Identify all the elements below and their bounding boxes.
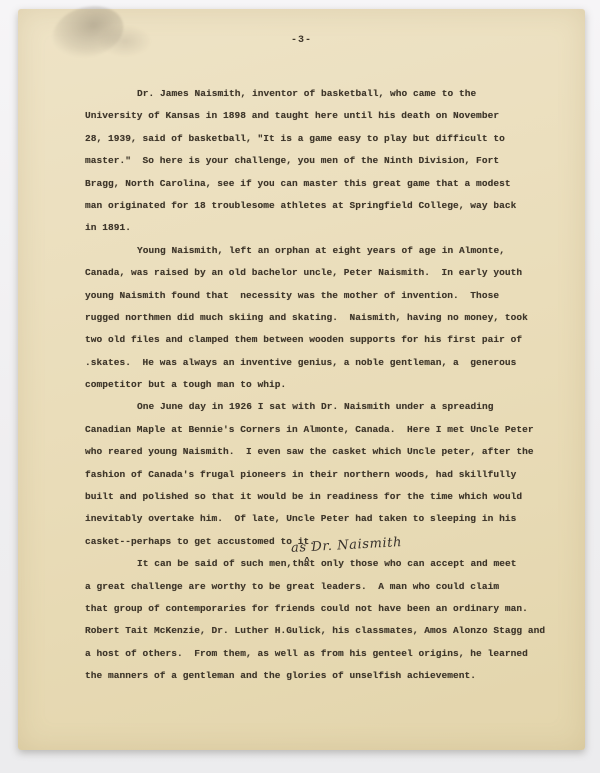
typed-line: the manners of a gentleman and the glori… [85, 665, 557, 687]
typed-line: inevitably overtake him. Of late, Uncle … [85, 508, 557, 530]
typed-line: man originated for 18 troublesome athlet… [85, 195, 557, 217]
typed-line: Bragg, North Carolina, see if you can ma… [85, 173, 557, 195]
document-page: -3- Dr. James Naismith, inventor of bask… [18, 9, 585, 750]
typed-line: built and polished so that it would be i… [85, 486, 557, 508]
typed-line: master." So here is your challenge, you … [85, 150, 557, 172]
typed-line: competitor but a tough man to whip. [85, 374, 557, 396]
insertion-caret-icon: ^ [304, 557, 310, 568]
typed-line: two old files and clamped them between w… [85, 329, 557, 351]
typed-line: Canadian Maple at Bennie's Corners in Al… [85, 419, 557, 441]
typed-line: Robert Tait McKenzie, Dr. Luther H.Gulic… [85, 620, 557, 642]
typed-line: that group of contemporaries for friends… [85, 598, 557, 620]
document-body: Dr. James Naismith, inventor of basketba… [85, 83, 557, 688]
typed-line: young Naismith found that necessity was … [85, 285, 557, 307]
page-number: -3- [18, 35, 585, 46]
typed-line: One June day in 1926 I sat with Dr. Nais… [85, 396, 557, 418]
typed-line: rugged northmen did much skiing and skat… [85, 307, 557, 329]
typed-line: a great challenge are worthy to be great… [85, 576, 557, 598]
typed-line: fashion of Canada's frugal pioneers in t… [85, 464, 557, 486]
typed-line: 28, 1939, said of basketball, "It is a g… [85, 128, 557, 150]
photo-background: -3- Dr. James Naismith, inventor of bask… [0, 0, 600, 773]
typed-line: Canada, was raised by an old bachelor un… [85, 262, 557, 284]
typed-line: who reared young Naismith. I even saw th… [85, 441, 557, 463]
typed-line: .skates. He was always an inventive geni… [85, 352, 557, 374]
typed-line: in 1891. [85, 217, 557, 239]
typed-line: Dr. James Naismith, inventor of basketba… [85, 83, 557, 105]
typed-line: Young Naismith, left an orphan at eight … [85, 240, 557, 262]
typed-line: It can be said of such men,that only tho… [85, 553, 557, 575]
smudge-stain [47, 0, 129, 65]
typed-line: University of Kansas in 1898 and taught … [85, 105, 557, 127]
typed-line: a host of others. From them, as well as … [85, 643, 557, 665]
